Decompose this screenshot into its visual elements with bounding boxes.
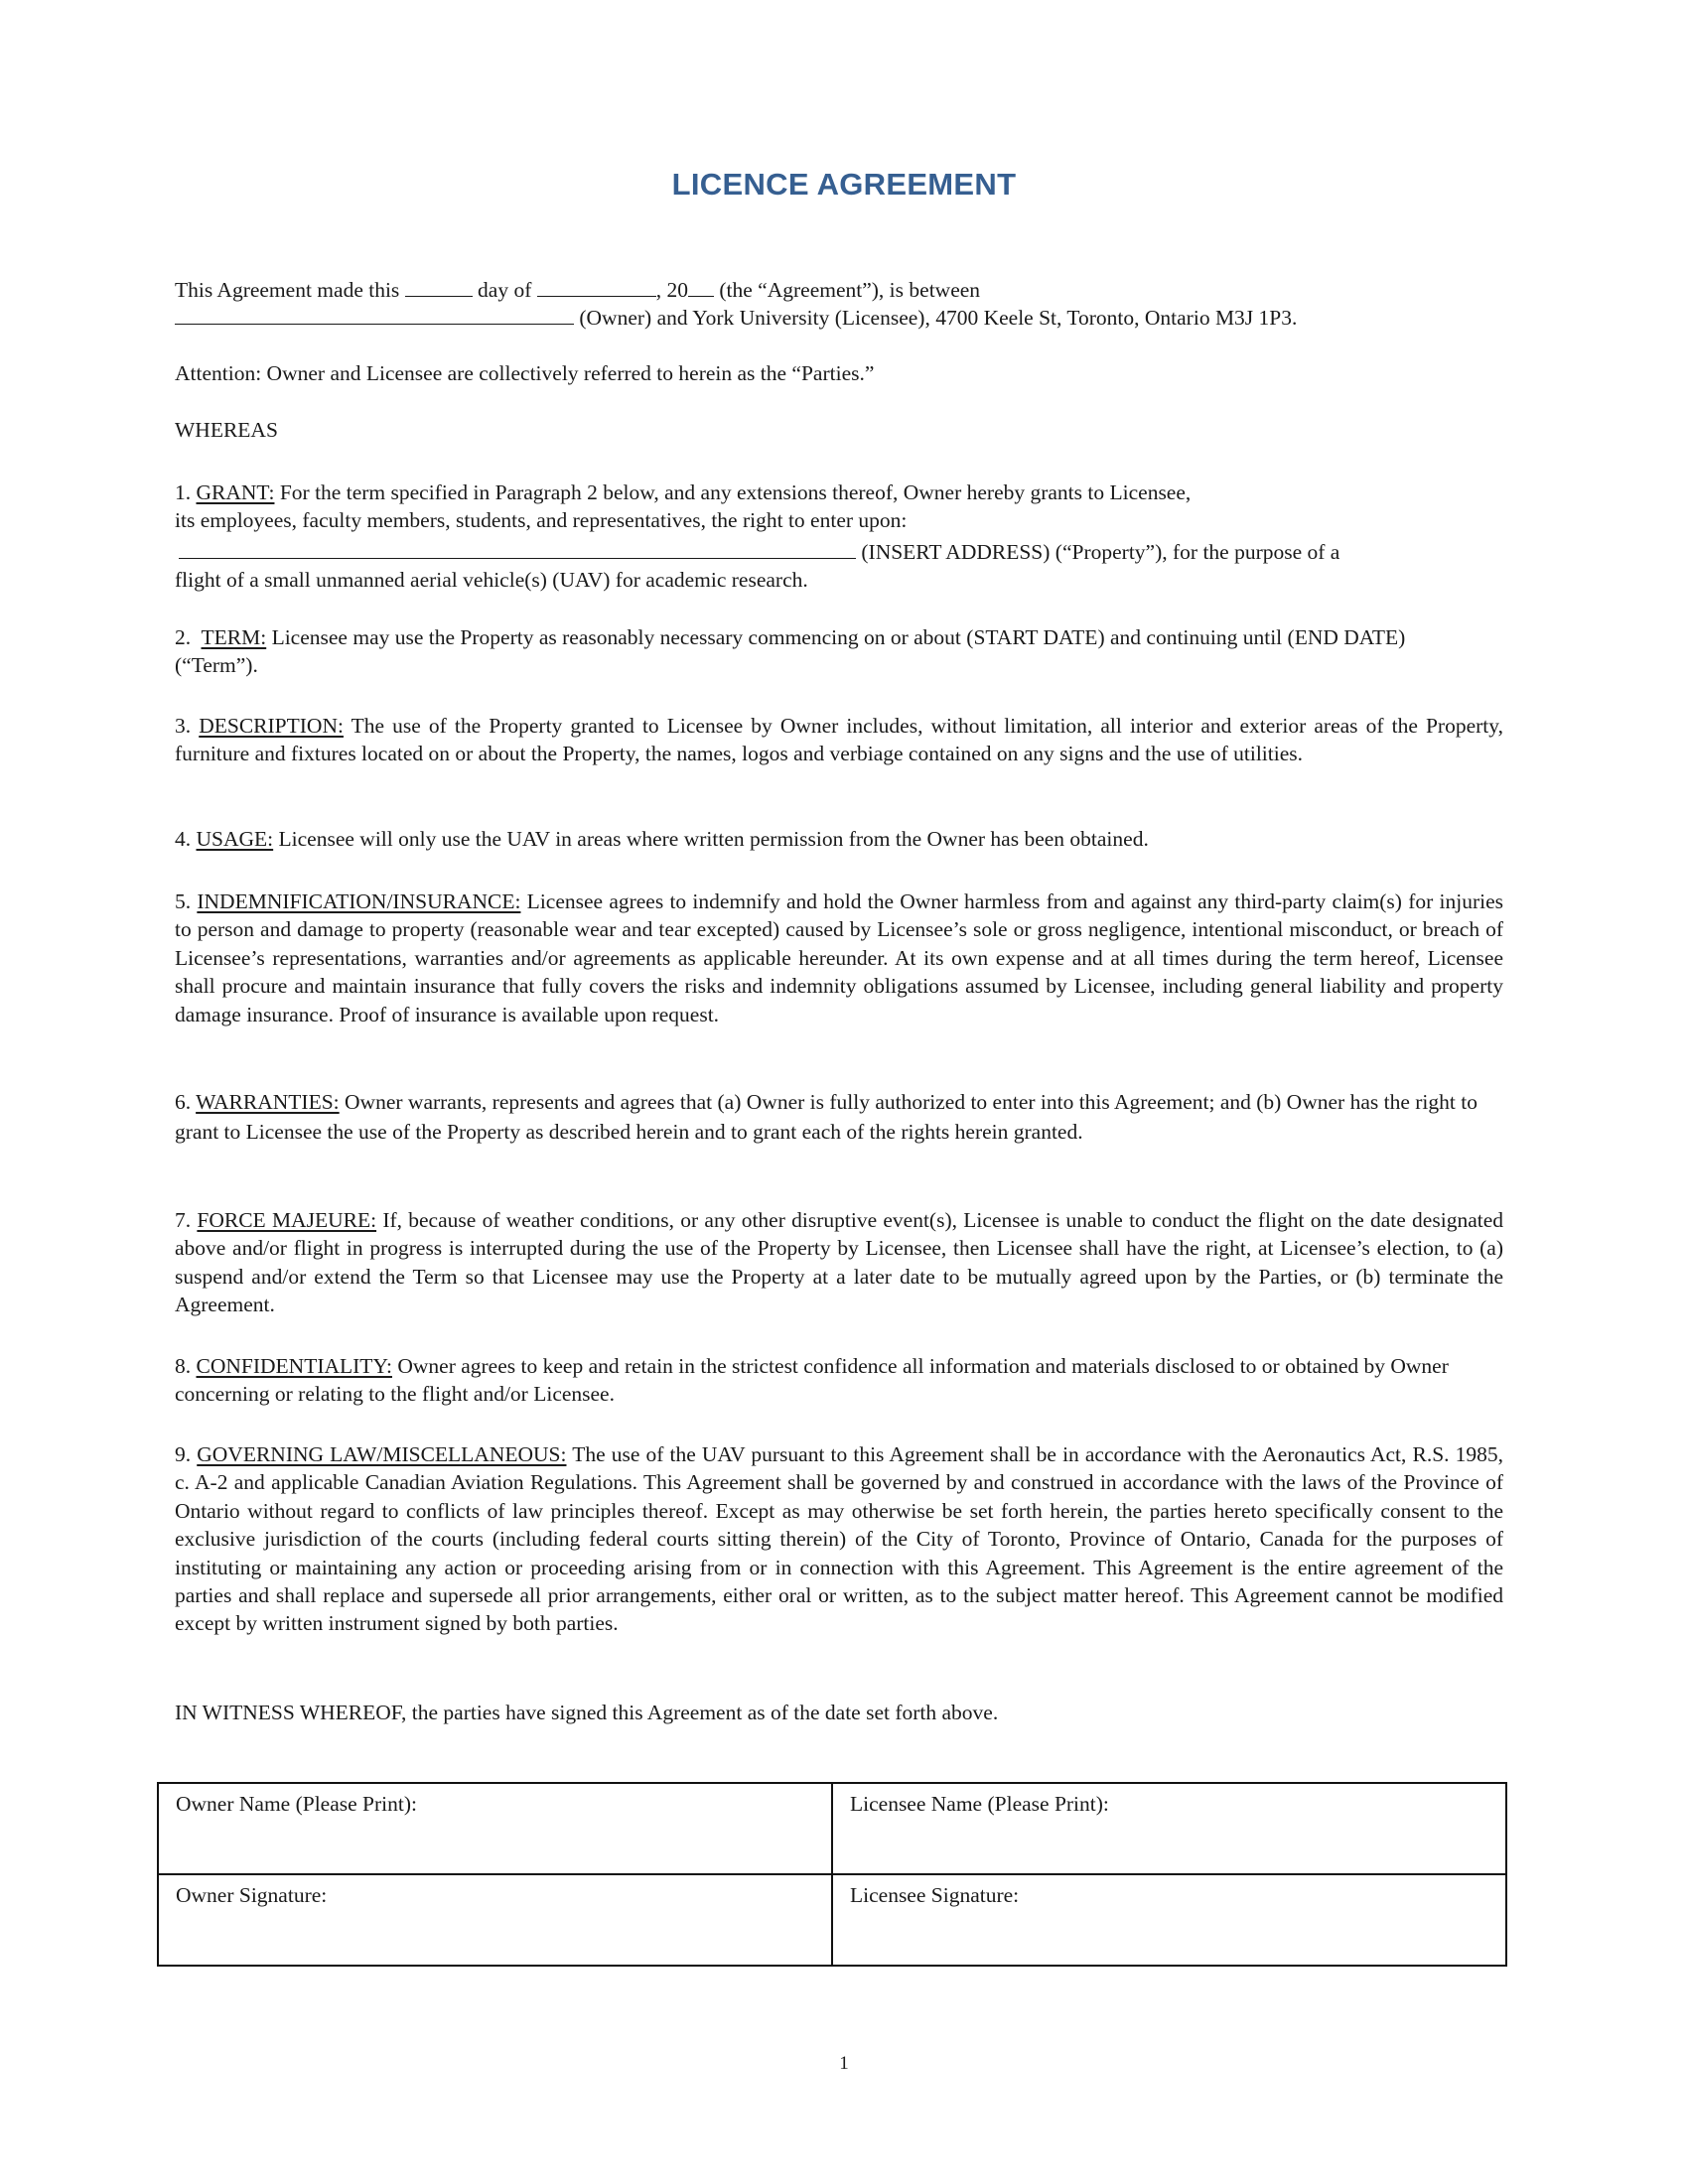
section-term: 2. TERM: Licensee may use the Property a…	[175, 623, 1466, 680]
section-number: 9.	[175, 1442, 191, 1466]
section-heading: FORCE MAJEURE:	[197, 1208, 376, 1232]
intro-text: This Agreement made this	[175, 278, 405, 302]
section-line: flight of a small unmanned aerial vehicl…	[175, 566, 1503, 594]
intro-paragraph: This Agreement made this day of , 20 (th…	[175, 276, 1503, 333]
licensee-name-label: Licensee Name (Please Print):	[850, 1792, 1109, 1816]
section-line: 1. GRANT: For the term specified in Para…	[175, 478, 1503, 506]
section-grant: 1. GRANT: For the term specified in Para…	[175, 478, 1503, 595]
owner-signature-label: Owner Signature:	[176, 1883, 327, 1907]
whereas-heading: WHEREAS	[175, 416, 1503, 444]
licensee-name-cell[interactable]: Licensee Name (Please Print):	[832, 1783, 1506, 1874]
section-line: its employees, faculty members, students…	[175, 506, 1503, 534]
section-text: Licensee will only use the UAV in areas …	[273, 827, 1149, 851]
section-heading: USAGE:	[197, 827, 274, 851]
section-number: 3.	[175, 714, 191, 738]
table-row: Owner Signature: Licensee Signature:	[158, 1874, 1506, 1966]
page-number: 1	[0, 2053, 1688, 2075]
intro-line-2: (Owner) and York University (Licensee), …	[175, 304, 1503, 332]
intro-text: (the “Agreement”), is between	[714, 278, 980, 302]
section-text: The use of the Property granted to Licen…	[175, 714, 1503, 765]
witness-statement: IN WITNESS WHEREOF, the parties have sig…	[175, 1699, 1503, 1726]
section-warranties: 6. WARRANTIES: Owner warrants, represent…	[175, 1087, 1495, 1147]
section-description: 3. DESCRIPTION: The use of the Property …	[175, 712, 1503, 768]
owner-signature-cell[interactable]: Owner Signature:	[158, 1874, 832, 1966]
section-text: (INSERT ADDRESS) (“Property”), for the p…	[856, 540, 1339, 564]
section-indemnification: 5. INDEMNIFICATION/INSURANCE: Licensee a…	[175, 887, 1503, 1028]
licensee-signature-cell[interactable]: Licensee Signature:	[832, 1874, 1506, 1966]
section-text: Owner warrants, represents and agrees th…	[175, 1090, 1477, 1144]
section-line: (INSERT ADDRESS) (“Property”), for the p…	[175, 538, 1503, 566]
section-number: 6.	[175, 1090, 191, 1114]
section-number: 2.	[175, 625, 191, 649]
section-number: 4.	[175, 827, 191, 851]
licensee-signature-label: Licensee Signature:	[850, 1883, 1019, 1907]
intro-text: , 20	[656, 278, 688, 302]
month-blank-field[interactable]	[537, 276, 656, 297]
section-number: 8.	[175, 1354, 191, 1378]
section-heading: GRANT:	[197, 480, 275, 504]
section-confidentiality: 8. CONFIDENTIALITY: Owner agrees to keep…	[175, 1352, 1485, 1409]
section-heading: INDEMNIFICATION/INSURANCE:	[197, 889, 520, 913]
section-heading: GOVERNING LAW/MISCELLANEOUS:	[197, 1442, 566, 1466]
signature-table: Owner Name (Please Print): Licensee Name…	[157, 1782, 1507, 1967]
section-governing-law: 9. GOVERNING LAW/MISCELLANEOUS: The use …	[175, 1440, 1503, 1638]
section-heading: TERM:	[202, 625, 267, 649]
owner-name-label: Owner Name (Please Print):	[176, 1792, 417, 1816]
attention-paragraph: Attention: Owner and Licensee are collec…	[175, 359, 1503, 387]
table-row: Owner Name (Please Print): Licensee Name…	[158, 1783, 1506, 1874]
section-text: The use of the UAV pursuant to this Agre…	[175, 1442, 1503, 1635]
section-number: 5.	[175, 889, 191, 913]
day-blank-field[interactable]	[405, 276, 473, 297]
address-blank-field[interactable]	[179, 538, 856, 559]
section-heading: CONFIDENTIALITY:	[197, 1354, 392, 1378]
owner-name-blank-field[interactable]	[175, 304, 574, 325]
intro-text: (Owner) and York University (Licensee), …	[574, 306, 1297, 330]
section-number: 7.	[175, 1208, 191, 1232]
document-title: LICENCE AGREEMENT	[0, 167, 1688, 203]
section-heading: DESCRIPTION:	[199, 714, 344, 738]
intro-text: day of	[473, 278, 537, 302]
year-blank-field[interactable]	[688, 276, 714, 297]
section-heading: WARRANTIES:	[196, 1090, 340, 1114]
owner-name-cell[interactable]: Owner Name (Please Print):	[158, 1783, 832, 1874]
section-text: For the term specified in Paragraph 2 be…	[274, 480, 1191, 504]
intro-line-1: This Agreement made this day of , 20 (th…	[175, 276, 1503, 304]
section-force-majeure: 7. FORCE MAJEURE: If, because of weather…	[175, 1206, 1503, 1319]
section-number: 1.	[175, 480, 191, 504]
section-text: Licensee may use the Property as reasona…	[175, 625, 1405, 677]
section-usage: 4. USAGE: Licensee will only use the UAV…	[175, 825, 1503, 853]
